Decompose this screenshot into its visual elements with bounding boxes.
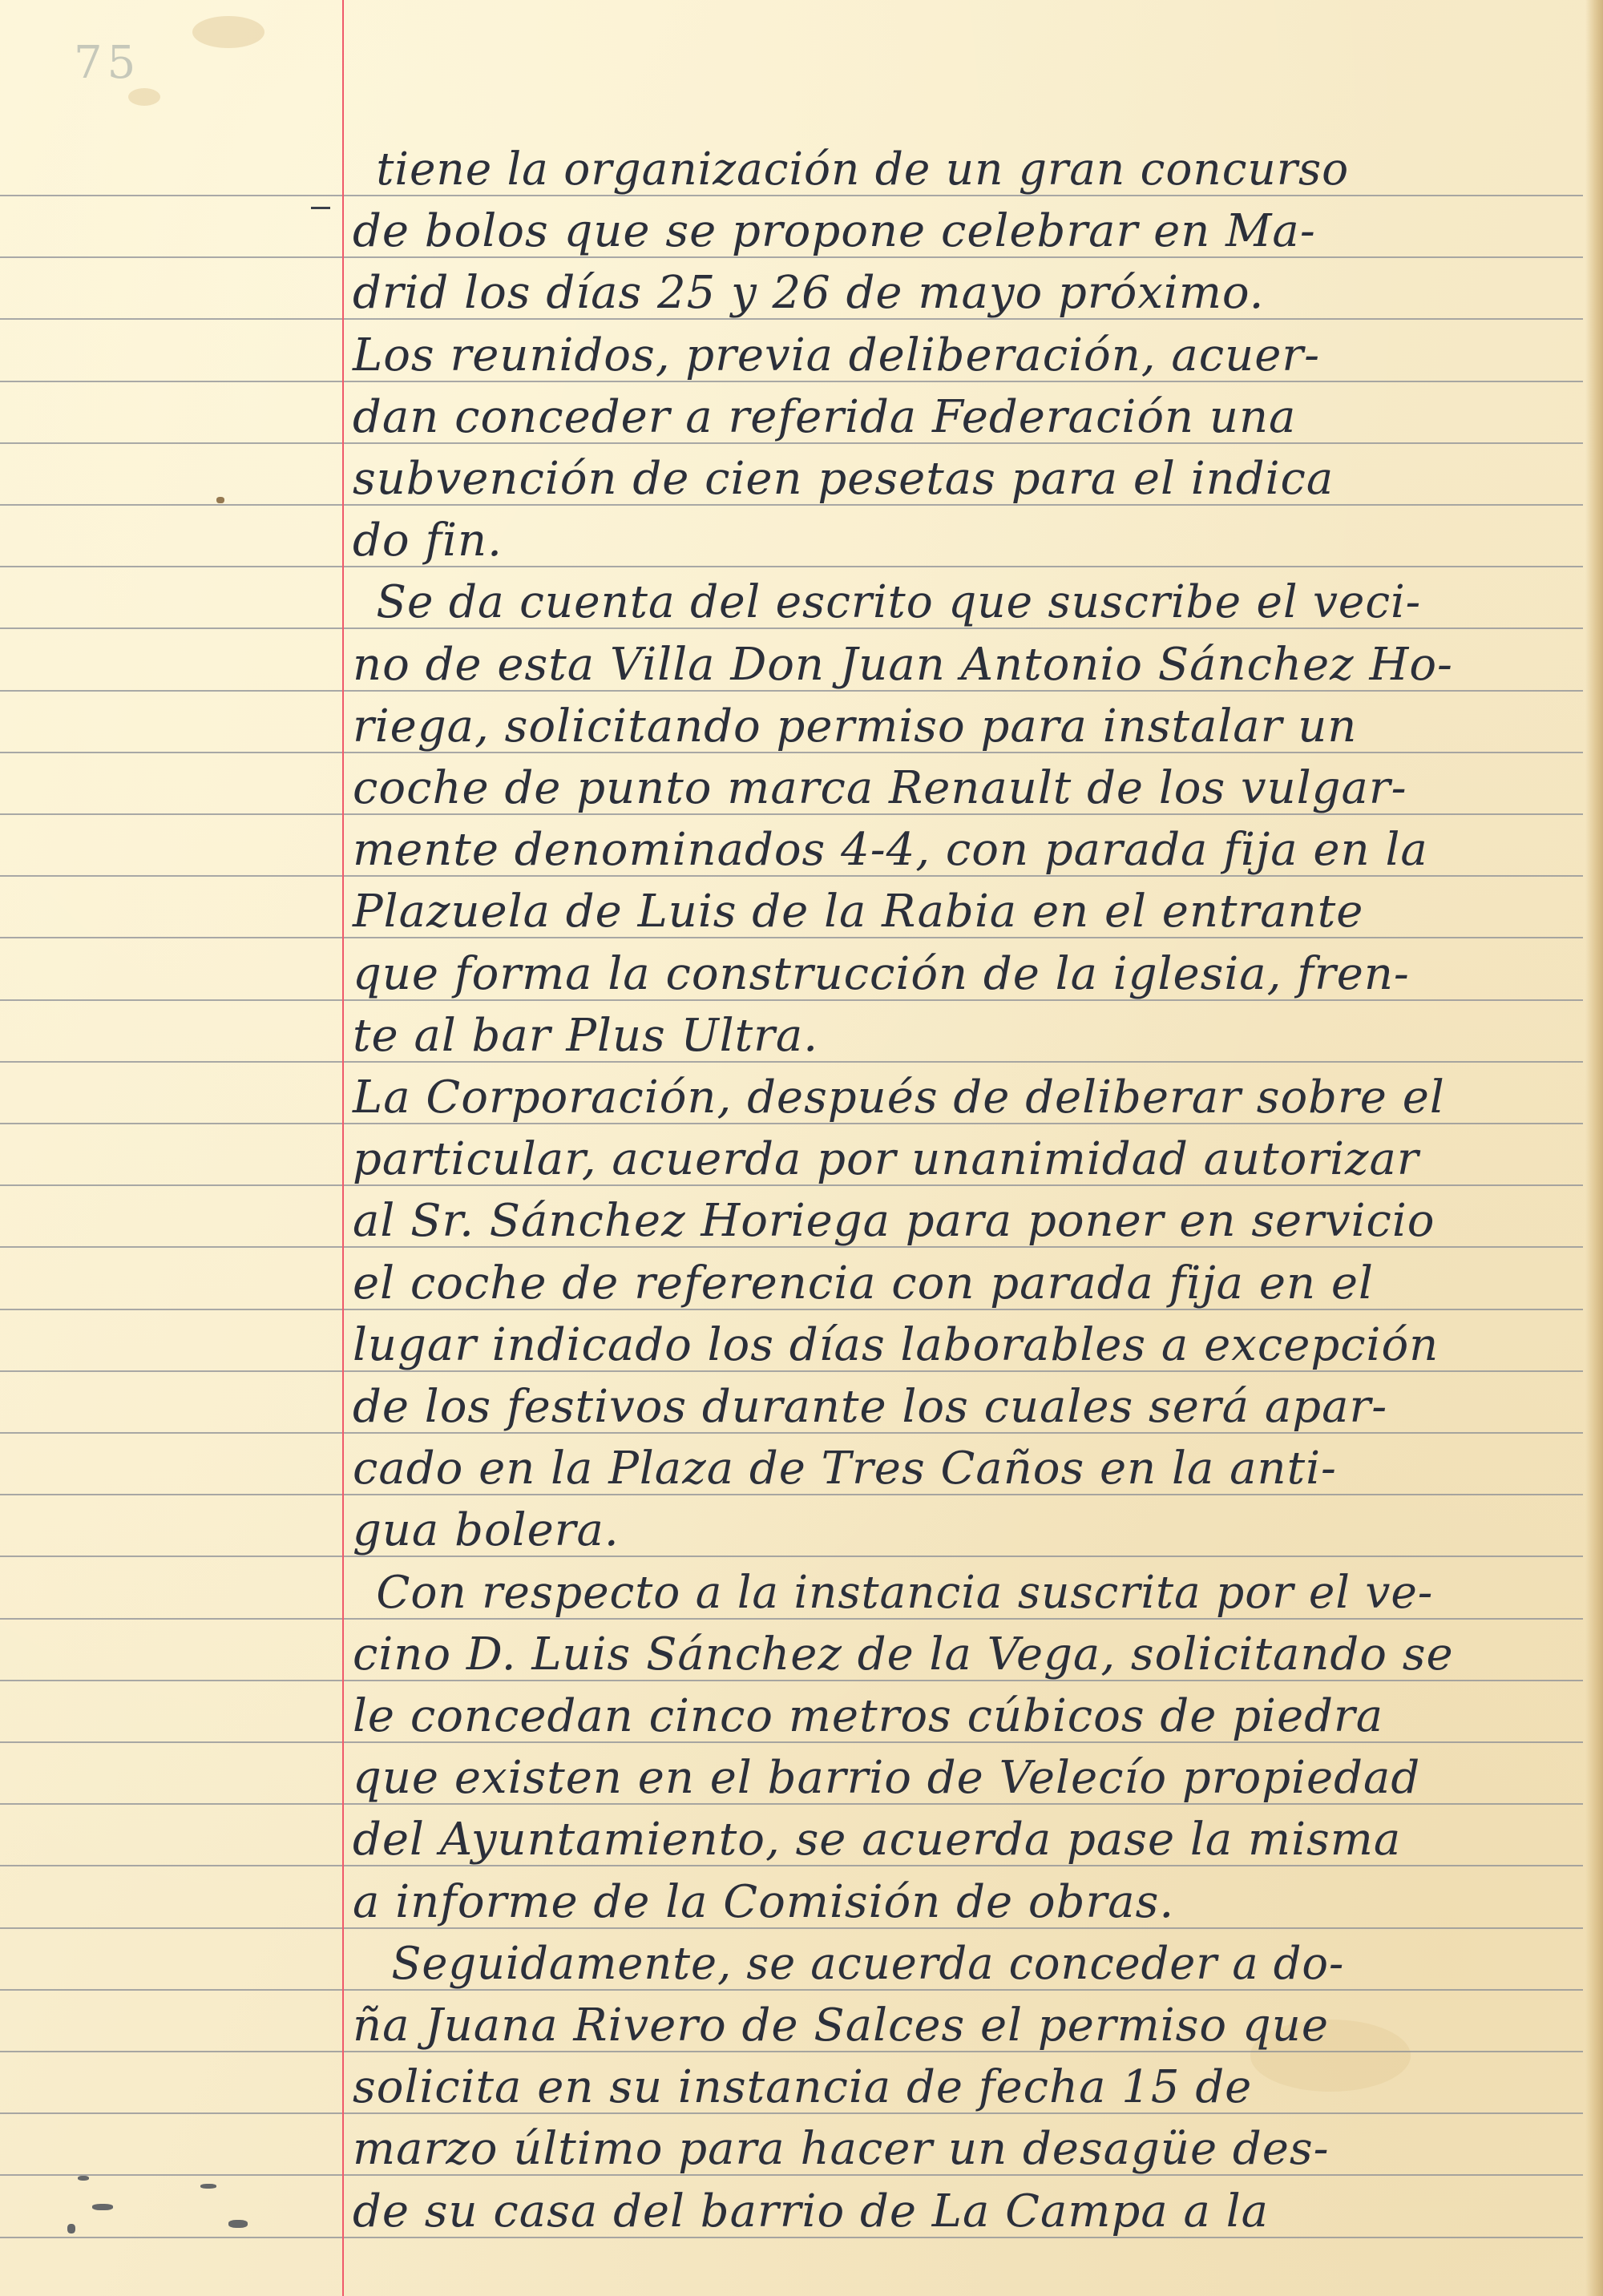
text-line: cino D. Luis Sánchez de la Vega, solicit… <box>353 1624 1571 1685</box>
page-number: 75 <box>74 37 140 89</box>
text-line: que existen en el barrio de Velecío prop… <box>353 1747 1571 1809</box>
text-line: Se da cuenta del escrito que suscribe el… <box>353 571 1570 633</box>
text-line: de bolos que se propone celebrar en Ma- <box>353 200 1571 262</box>
text-line: ña Juana Rivero de Salces el permiso que <box>353 1995 1571 2056</box>
text-line: drid los días 25 y 26 de mayo próximo. <box>353 262 1571 324</box>
text-line: Plazuela de Luis de la Rabia en el entra… <box>353 881 1571 942</box>
text-line: del Ayuntamiento, se acuerda pase la mis… <box>353 1809 1571 1870</box>
text-line: de los festivos durante los cuales será … <box>353 1376 1571 1438</box>
text-line: particular, acuerda por unanimidad autor… <box>353 1128 1571 1190</box>
ink-speck <box>78 2176 89 2181</box>
text-line: subvención de cien pesetas para el indic… <box>353 448 1571 510</box>
text-line: La Corporación, después de deliberar sob… <box>353 1067 1571 1128</box>
text-line: de su casa del barrio de La Campa a la <box>353 2181 1571 2242</box>
text-line: Con respecto a la instancia suscrita por… <box>353 1562 1570 1624</box>
ink-speck <box>200 2184 216 2189</box>
page-edge-shadow <box>1585 0 1603 2296</box>
ink-speck <box>216 497 224 503</box>
paper-stain <box>192 16 264 48</box>
red-margin-line <box>342 0 344 2296</box>
text-line: el coche de referencia con parada fija e… <box>353 1253 1571 1314</box>
ink-speck <box>67 2224 75 2233</box>
text-line: mente denominados 4-4, con parada fija e… <box>353 819 1571 881</box>
text-line: tiene la organización de un gran concurs… <box>353 139 1570 200</box>
text-line: solicita en su instancia de fecha 15 de <box>353 2056 1571 2118</box>
text-line: gua bolera. <box>353 1499 1571 1561</box>
text-line: que forma la construcción de la iglesia,… <box>353 943 1571 1005</box>
text-line: le concedan cinco metros cúbicos de pied… <box>353 1685 1571 1747</box>
text-line: no de esta Villa Don Juan Antonio Sánche… <box>353 634 1571 696</box>
text-line: cado en la Plaza de Tres Caños en la ant… <box>353 1438 1571 1499</box>
ink-speck <box>92 2204 113 2210</box>
text-line: lugar indicado los días laborables a exc… <box>353 1314 1571 1376</box>
ink-speck <box>228 2220 248 2228</box>
text-line: riega, solicitando permiso para instalar… <box>353 696 1571 757</box>
text-line: te al bar Plus Ultra. <box>353 1005 1571 1067</box>
text-line: marzo último para hacer un desagüe des- <box>353 2118 1571 2180</box>
text-line: dan conceder a referida Federación una <box>353 386 1571 448</box>
text-line: Seguidamente, se acuerda conceder a do- <box>353 1933 1569 1995</box>
text-line: Los reunidos, previa deliberación, acuer… <box>353 325 1571 386</box>
margin-dash-mark <box>311 207 330 209</box>
paper-stain <box>128 88 160 106</box>
text-line: do fin. <box>353 510 1571 571</box>
text-line: a informe de la Comisión de obras. <box>353 1871 1571 1933</box>
text-line: coche de punto marca Renault de los vulg… <box>353 757 1571 819</box>
text-line: al Sr. Sánchez Horiega para poner en ser… <box>353 1190 1571 1252</box>
